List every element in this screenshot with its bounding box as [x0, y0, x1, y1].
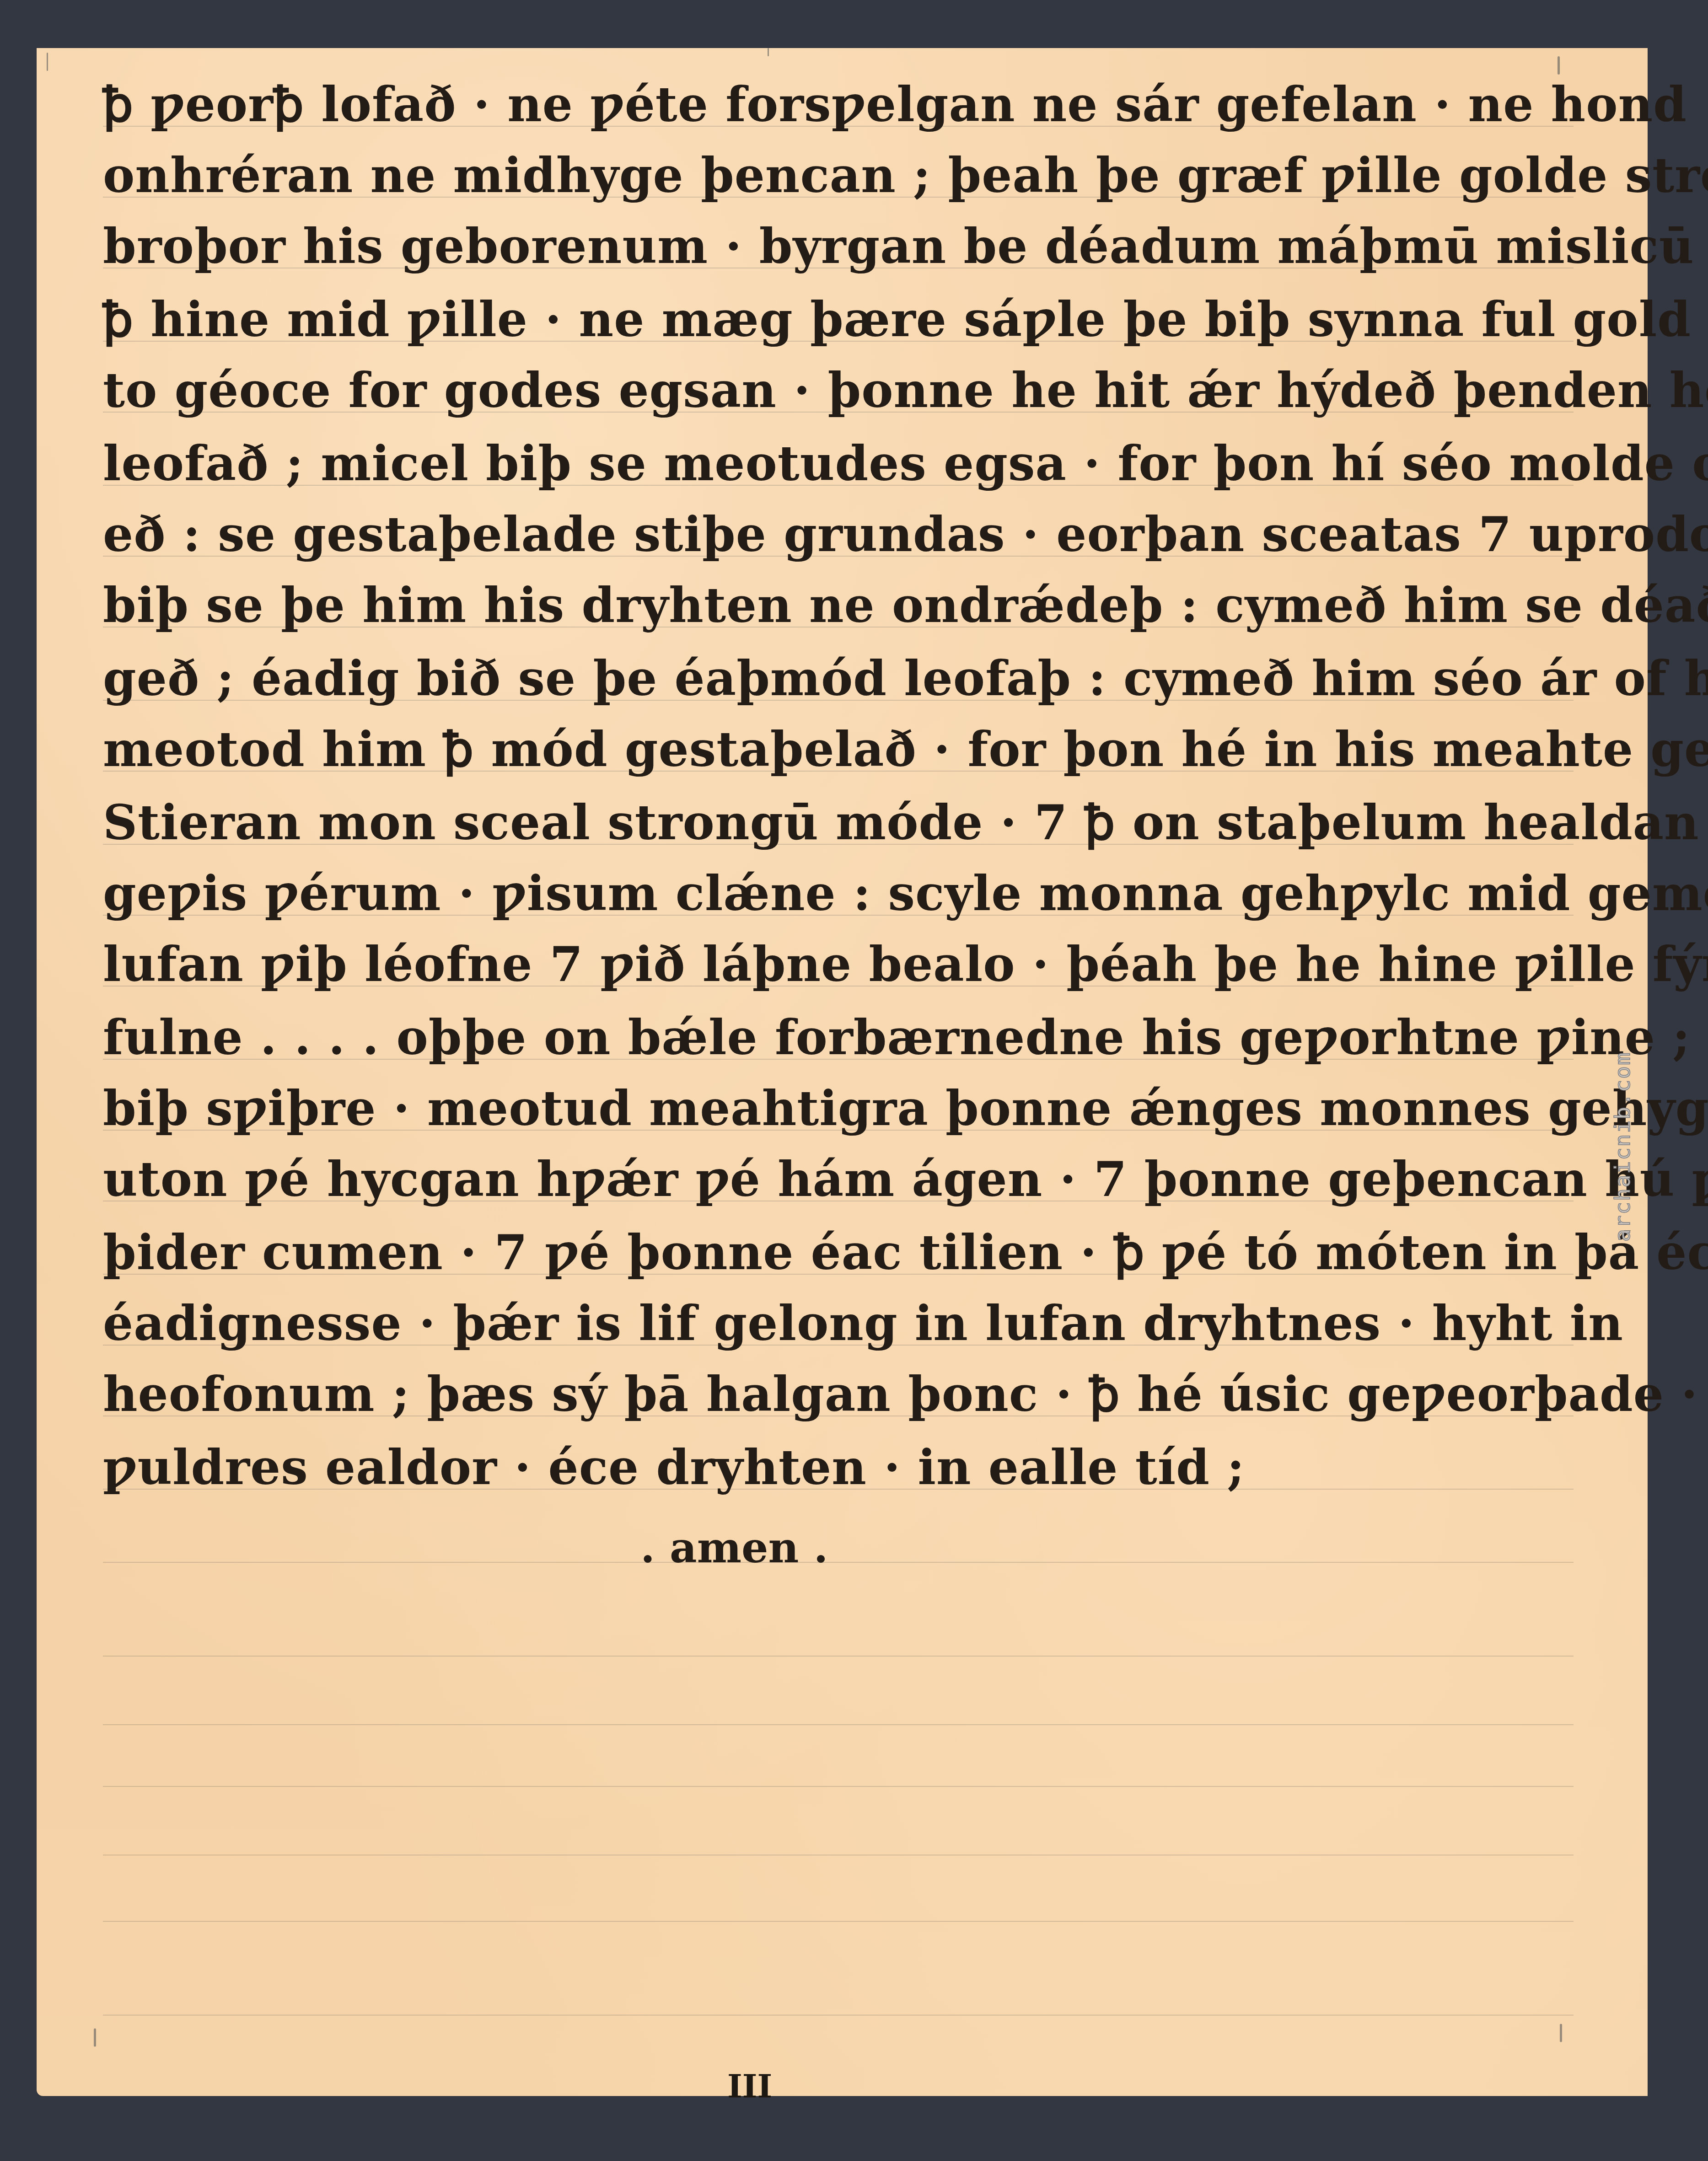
pricking-mark-bottom-left: [94, 2028, 96, 2047]
text-line-11: Stieran mon sceal strongū móde · 7 ꝥ on …: [103, 799, 1594, 847]
ruled-line: [103, 1724, 1574, 1725]
text-line-3: broþor his geborenum · byrgan be déadum …: [103, 223, 1594, 270]
closing-amen: . amen .: [640, 1523, 828, 1572]
ruled-line: [103, 1786, 1574, 1787]
pricking-mark-top-left: [47, 53, 48, 71]
text-line-15: biþ sƿiþre · meotud meahtigra þonne ǽnge…: [103, 1085, 1594, 1132]
pricking-mark-bottom-right: [1560, 2024, 1562, 2042]
text-line-5: to géoce for godes egsan · þonne he hit …: [103, 367, 1594, 414]
ruled-line: [103, 1562, 1574, 1563]
pricking-mark-top-center: [768, 48, 769, 56]
ruled-line: [103, 1855, 1574, 1855]
text-line-6: leofað ; micel biþ se meotudes egsa · fo…: [103, 440, 1594, 488]
manuscript-page: ꝥ ƿeorꝥ lofað · ne ƿéte forsƿelgan ne sá…: [37, 48, 1648, 2096]
ruled-line: [103, 2015, 1574, 2016]
folio-number: III: [727, 2067, 772, 2105]
text-line-13: lufan ƿiþ léofne 7 ƿið láþne bealo · þéa…: [103, 941, 1594, 988]
text-line-19: heofonum ; þæs sý þā halgan þonc · ꝥ hé …: [103, 1371, 1594, 1418]
text-line-8: biþ se þe him his dryhten ne ondrǽdeþ : …: [103, 582, 1594, 629]
text-line-10: meotod him ꝥ mód gestaþelað · for þon hé…: [103, 726, 1594, 773]
text-line-14: fulne . . . . oþþe on bǽle forbærnedne h…: [103, 1014, 1594, 1062]
ruled-line: [103, 1921, 1574, 1922]
ruled-line: [103, 1656, 1574, 1657]
text-line-7: eð : se gestaþelade stiþe grundas · eorþ…: [103, 511, 1594, 558]
text-line-12: geƿis ƿérum · ƿisum clǽne : scyle monna …: [103, 870, 1594, 917]
text-line-20: ƿuldres ealdor · éce dryhten · in ealle …: [103, 1444, 1594, 1491]
text-line-16: uton ƿé hycgan hƿǽr ƿé hám ágen · 7 þonn…: [103, 1156, 1594, 1203]
text-line-2: onhréran ne midhyge þencan ; þeah þe græ…: [103, 152, 1594, 199]
text-line-18: éadignesse · þǽr is lif gelong in lufan …: [103, 1300, 1594, 1347]
text-line-17: þider cumen · 7 ƿé þonne éac tilien · ꝥ …: [103, 1229, 1594, 1276]
text-line-9: geð ; éadig bið se þe éaþmód leofaþ : cy…: [103, 655, 1594, 702]
pricking-mark-top-right: [1558, 56, 1560, 75]
text-line-1: ꝥ ƿeorꝥ lofað · ne ƿéte forsƿelgan ne sá…: [103, 81, 1594, 129]
watermark: archaicnib.com: [1610, 1051, 1635, 1242]
text-line-4: ꝥ hine mid ƿille · ne mæg þære sáƿle þe …: [103, 296, 1594, 343]
